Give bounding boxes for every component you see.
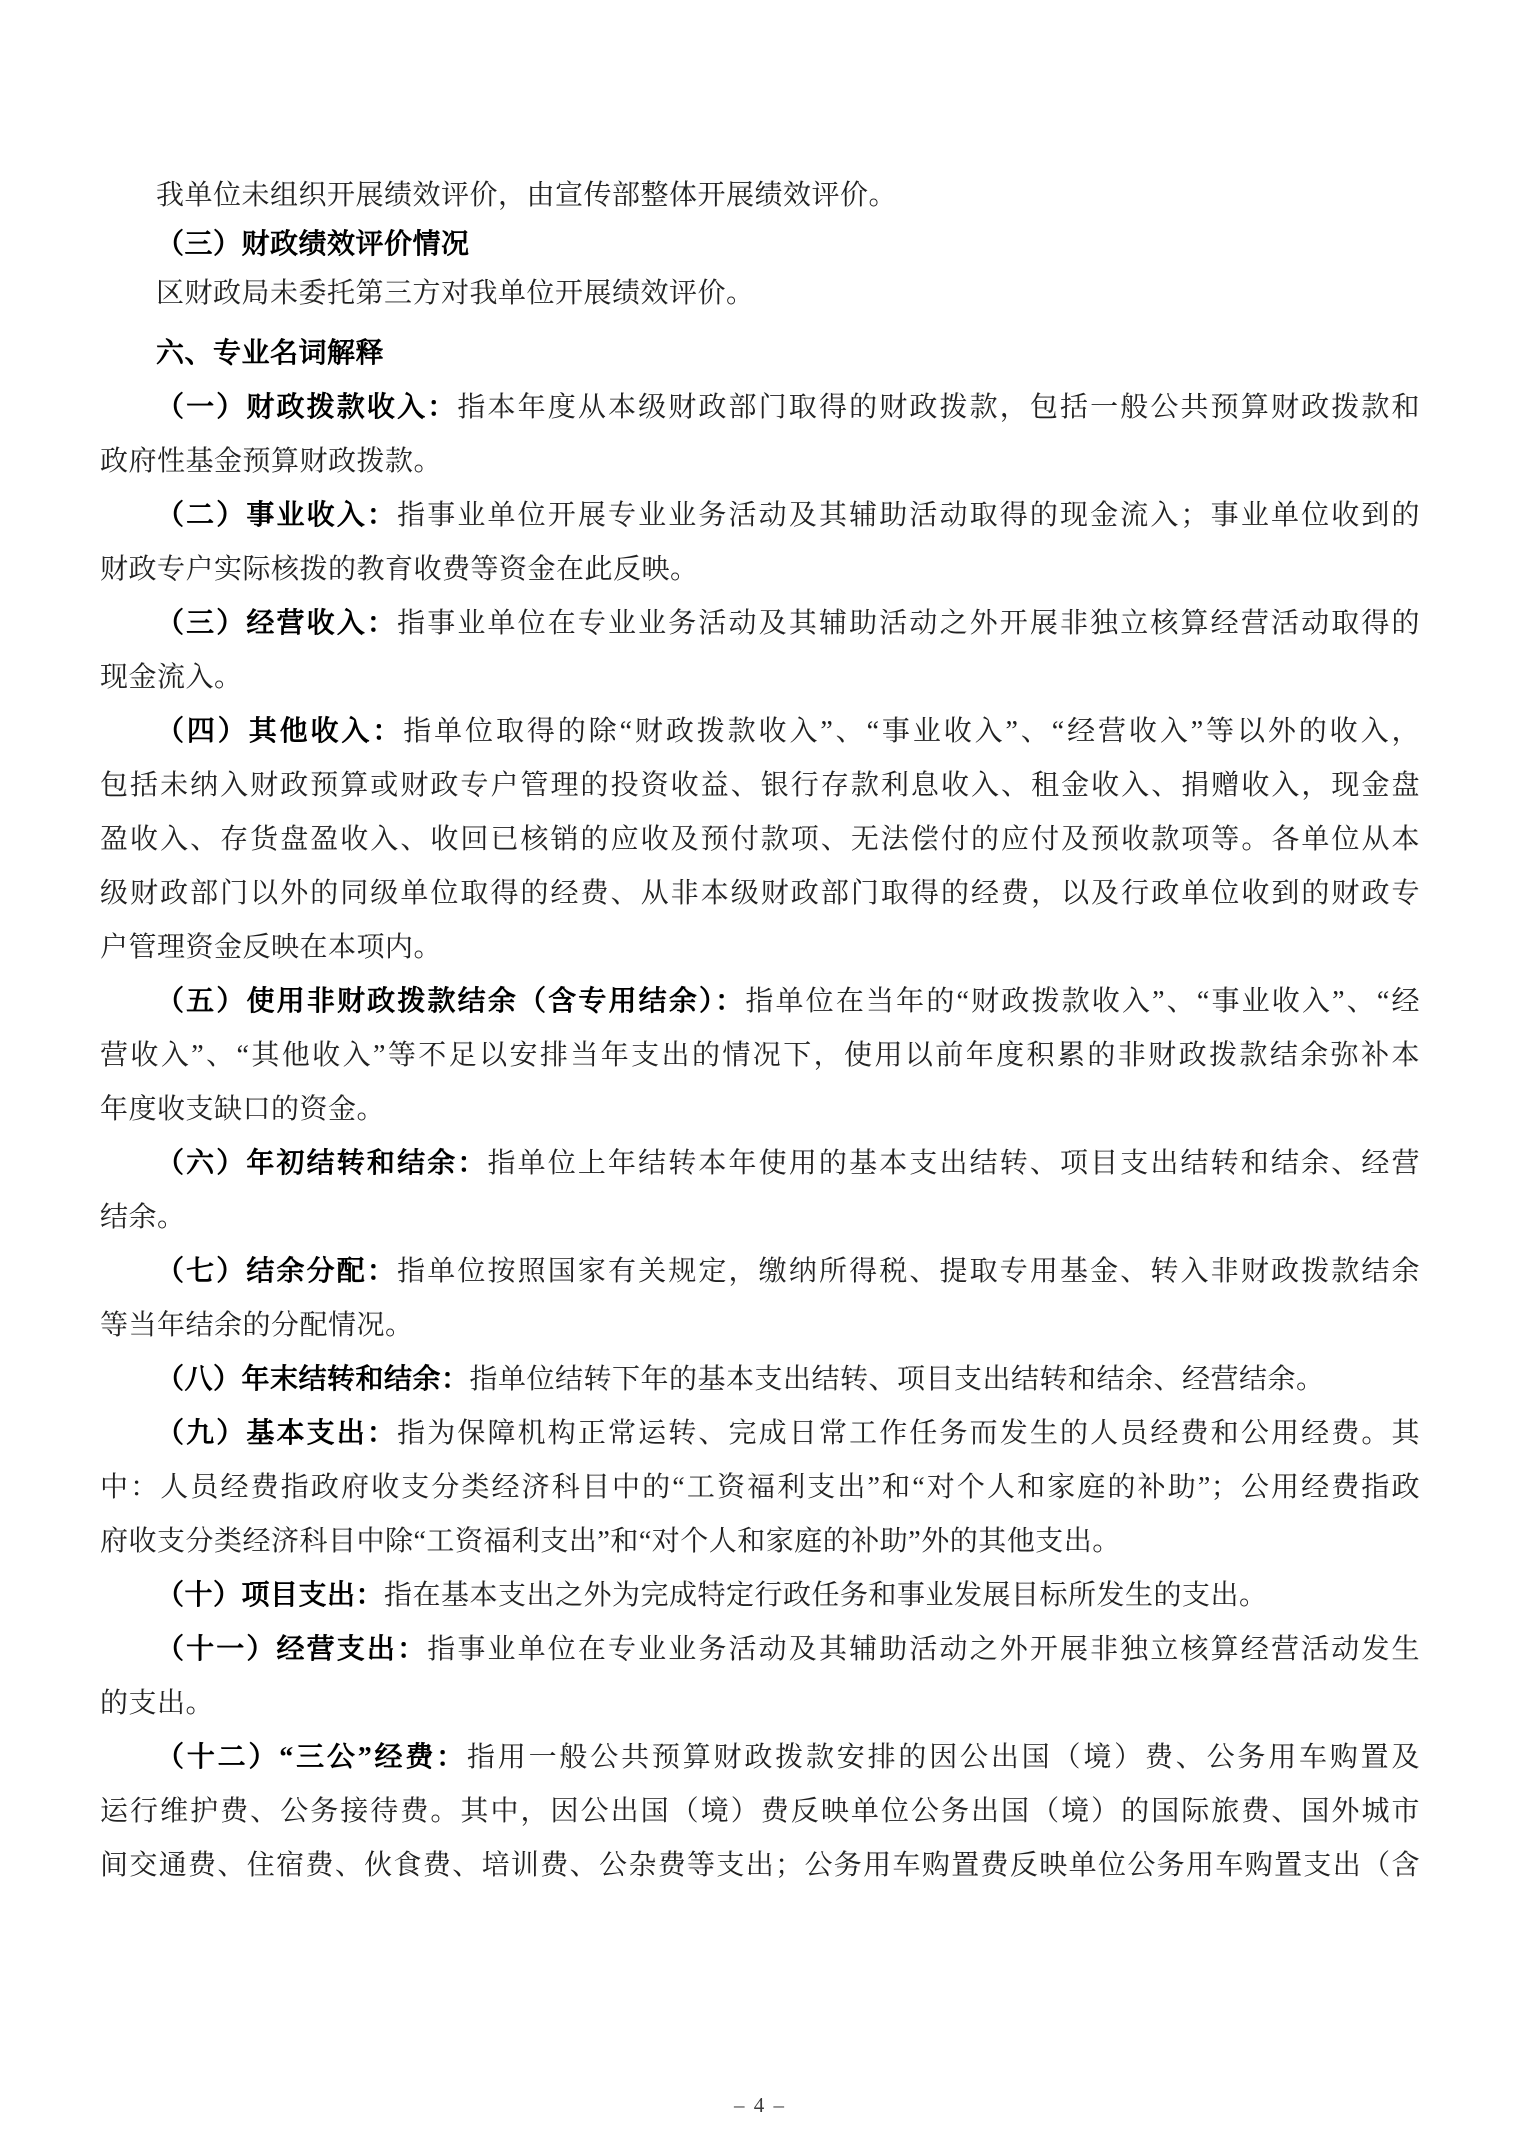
line-text: 指单位结转下年的基本支出结转、项目支出结转和结余、经营结余。 [470, 1364, 1325, 1395]
line-text: 运行维护费、公务接待费。其中，因公出国（境）费反映单位公务出国（境）的国际旅费、… [100, 1796, 1420, 1827]
text-line: 级财政部门以外的同级单位取得的经费、从非本级财政部门取得的经费，以及行政单位收到… [100, 867, 1420, 921]
text-line: （十）项目支出：指在基本支出之外为完成特定行政任务和事业发展目标所发生的支出。 [100, 1569, 1420, 1623]
document-page: 我单位未组织开展绩效评价，由宣传部整体开展绩效评价。（三）财政绩效评价情况区财政… [0, 0, 1520, 2149]
term-label-bold: （十一）经营支出： [156, 1634, 427, 1665]
line-text: 财政专户实际核拨的教育收费等资金在此反映。 [100, 554, 699, 585]
text-line: （九）基本支出：指为保障机构正常运转、完成日常工作任务而发生的人员经费和公用经费… [100, 1407, 1420, 1461]
line-text: 指本年度从本级财政部门取得的财政拨款，包括一般公共预算财政拨款和 [457, 392, 1420, 423]
line-text: 指事业单位开展专业业务活动及其辅助活动取得的现金流入；事业单位收到的 [397, 500, 1420, 531]
line-text: 指事业单位在专业业务活动及其辅助活动之外开展非独立核算经营活动取得的 [397, 608, 1420, 639]
term-label-bold: （十二）“三公”经费： [156, 1742, 467, 1773]
line-text: 指单位上年结转本年使用的基本支出结转、项目支出结转和结余、经营 [487, 1148, 1420, 1179]
line-text: 户管理资金反映在本项内。 [100, 932, 442, 963]
text-line: 现金流入。 [100, 651, 1420, 705]
term-label-bold: （八）年末结转和结余： [156, 1364, 470, 1395]
term-label-bold: 六、专业名词解释 [156, 338, 384, 369]
line-text: 级财政部门以外的同级单位取得的经费、从非本级财政部门取得的经费，以及行政单位收到… [100, 878, 1420, 909]
term-label-bold: （十）项目支出： [156, 1580, 384, 1611]
line-text: 指单位取得的除“财政拨款收入”、“事业收入”、“经营收入”等以外的收入， [403, 716, 1420, 747]
term-label-bold: （七）结余分配： [156, 1256, 397, 1287]
text-line: 区财政局未委托第三方对我单位开展绩效评价。 [100, 269, 1420, 318]
text-line: （五）使用非财政拨款结余（含专用结余）：指单位在当年的“财政拨款收入”、“事业收… [100, 975, 1420, 1029]
text-line: （十一）经营支出：指事业单位在专业业务活动及其辅助活动之外开展非独立核算经营活动… [100, 1623, 1420, 1677]
line-text: 年度收支缺口的资金。 [100, 1094, 385, 1125]
text-line: （四）其他收入：指单位取得的除“财政拨款收入”、“事业收入”、“经营收入”等以外… [100, 705, 1420, 759]
text-line: 等当年结余的分配情况。 [100, 1299, 1420, 1353]
text-line: （一）财政拨款收入：指本年度从本级财政部门取得的财政拨款，包括一般公共预算财政拨… [100, 381, 1420, 435]
term-label-bold: （四）其他收入： [156, 716, 403, 747]
text-line: 府收支分类经济科目中除“工资福利支出”和“对个人和家庭的补助”外的其他支出。 [100, 1515, 1420, 1569]
line-text: 等当年结余的分配情况。 [100, 1310, 414, 1341]
line-text: 指为保障机构正常运转、完成日常工作任务而发生的人员经费和公用经费。其 [397, 1418, 1420, 1449]
line-text: 现金流入。 [100, 662, 243, 693]
line-text: 政府性基金预算财政拨款。 [100, 446, 442, 477]
page-number: – 4 – [734, 2093, 786, 2117]
term-label-bold: （一）财政拨款收入： [156, 392, 457, 423]
term-label-bold: （六）年初结转和结余： [156, 1148, 487, 1179]
text-line: （八）年末结转和结余：指单位结转下年的基本支出结转、项目支出结转和结余、经营结余… [100, 1353, 1420, 1407]
line-text: 指事业单位在专业业务活动及其辅助活动之外开展非独立核算经营活动发生 [427, 1634, 1420, 1665]
term-label-bold: （三）财政绩效评价情况 [156, 229, 470, 260]
term-label-bold: （二）事业收入： [156, 500, 397, 531]
text-line: 结余。 [100, 1191, 1420, 1245]
text-line: 的支出。 [100, 1677, 1420, 1731]
text-line: 盈收入、存货盘盈收入、收回已核销的应收及预付款项、无法偿付的应付及预收款项等。各… [100, 813, 1420, 867]
text-line: （十二）“三公”经费：指用一般公共预算财政拨款安排的因公出国（境）费、公务用车购… [100, 1731, 1420, 1785]
line-text: 区财政局未委托第三方对我单位开展绩效评价。 [156, 278, 755, 309]
heading-line: 六、专业名词解释 [100, 327, 1420, 381]
line-text: 指单位在当年的“财政拨款收入”、“事业收入”、“经 [745, 986, 1420, 1017]
term-label-bold: （五）使用非财政拨款结余（含专用结余）： [156, 986, 745, 1017]
text-line: （六）年初结转和结余：指单位上年结转本年使用的基本支出结转、项目支出结转和结余、… [100, 1137, 1420, 1191]
text-line: 运行维护费、公务接待费。其中，因公出国（境）费反映单位公务出国（境）的国际旅费、… [100, 1785, 1420, 1839]
text-line: 间交通费、住宿费、伙食费、培训费、公杂费等支出；公务用车购置费反映单位公务用车购… [100, 1839, 1420, 1893]
term-label-bold: （三）经营收入： [156, 608, 397, 639]
line-text: 指在基本支出之外为完成特定行政任务和事业发展目标所发生的支出。 [384, 1580, 1268, 1611]
line-text: 的支出。 [100, 1688, 214, 1719]
text-line: 年度收支缺口的资金。 [100, 1083, 1420, 1137]
text-line: 中：人员经费指政府收支分类经济科目中的“工资福利支出”和“对个人和家庭的补助”；… [100, 1461, 1420, 1515]
text-line: 户管理资金反映在本项内。 [100, 921, 1420, 975]
line-text: 指单位按照国家有关规定，缴纳所得税、提取专用基金、转入非财政拨款结余 [397, 1256, 1420, 1287]
line-text: 盈收入、存货盘盈收入、收回已核销的应收及预付款项、无法偿付的应付及预收款项等。各… [100, 824, 1420, 855]
text-line: 我单位未组织开展绩效评价，由宣传部整体开展绩效评价。 [100, 171, 1420, 220]
line-text: 府收支分类经济科目中除“工资福利支出”和“对个人和家庭的补助”外的其他支出。 [100, 1526, 1121, 1557]
text-line: （三）经营收入：指事业单位在专业业务活动及其辅助活动之外开展非独立核算经营活动取… [100, 597, 1420, 651]
line-text: 指用一般公共预算财政拨款安排的因公出国（境）费、公务用车购置及 [467, 1742, 1420, 1773]
line-text: 中：人员经费指政府收支分类经济科目中的“工资福利支出”和“对个人和家庭的补助”；… [100, 1472, 1420, 1503]
line-text: 包括未纳入财政预算或财政专户管理的投资收益、银行存款利息收入、租金收入、捐赠收入… [100, 770, 1420, 801]
line-text: 间交通费、住宿费、伙食费、培训费、公杂费等支出；公务用车购置费反映单位公务用车购… [100, 1850, 1420, 1881]
text-line: 包括未纳入财政预算或财政专户管理的投资收益、银行存款利息收入、租金收入、捐赠收入… [100, 759, 1420, 813]
text-line: （二）事业收入：指事业单位开展专业业务活动及其辅助活动取得的现金流入；事业单位收… [100, 489, 1420, 543]
text-line: （七）结余分配：指单位按照国家有关规定，缴纳所得税、提取专用基金、转入非财政拨款… [100, 1245, 1420, 1299]
page-footer: – 4 – [0, 2093, 1520, 2118]
text-line: 营收入”、“其他收入”等不足以安排当年支出的情况下，使用以前年度积累的非财政拨款… [100, 1029, 1420, 1083]
document-body: 我单位未组织开展绩效评价，由宣传部整体开展绩效评价。（三）财政绩效评价情况区财政… [100, 171, 1420, 1893]
line-text: 结余。 [100, 1202, 186, 1233]
text-line: 财政专户实际核拨的教育收费等资金在此反映。 [100, 543, 1420, 597]
text-line: 政府性基金预算财政拨款。 [100, 435, 1420, 489]
line-text: 营收入”、“其他收入”等不足以安排当年支出的情况下，使用以前年度积累的非财政拨款… [100, 1040, 1420, 1071]
heading-line: （三）财政绩效评价情况 [100, 220, 1420, 269]
term-label-bold: （九）基本支出： [156, 1418, 397, 1449]
line-text: 我单位未组织开展绩效评价，由宣传部整体开展绩效评价。 [156, 180, 897, 211]
